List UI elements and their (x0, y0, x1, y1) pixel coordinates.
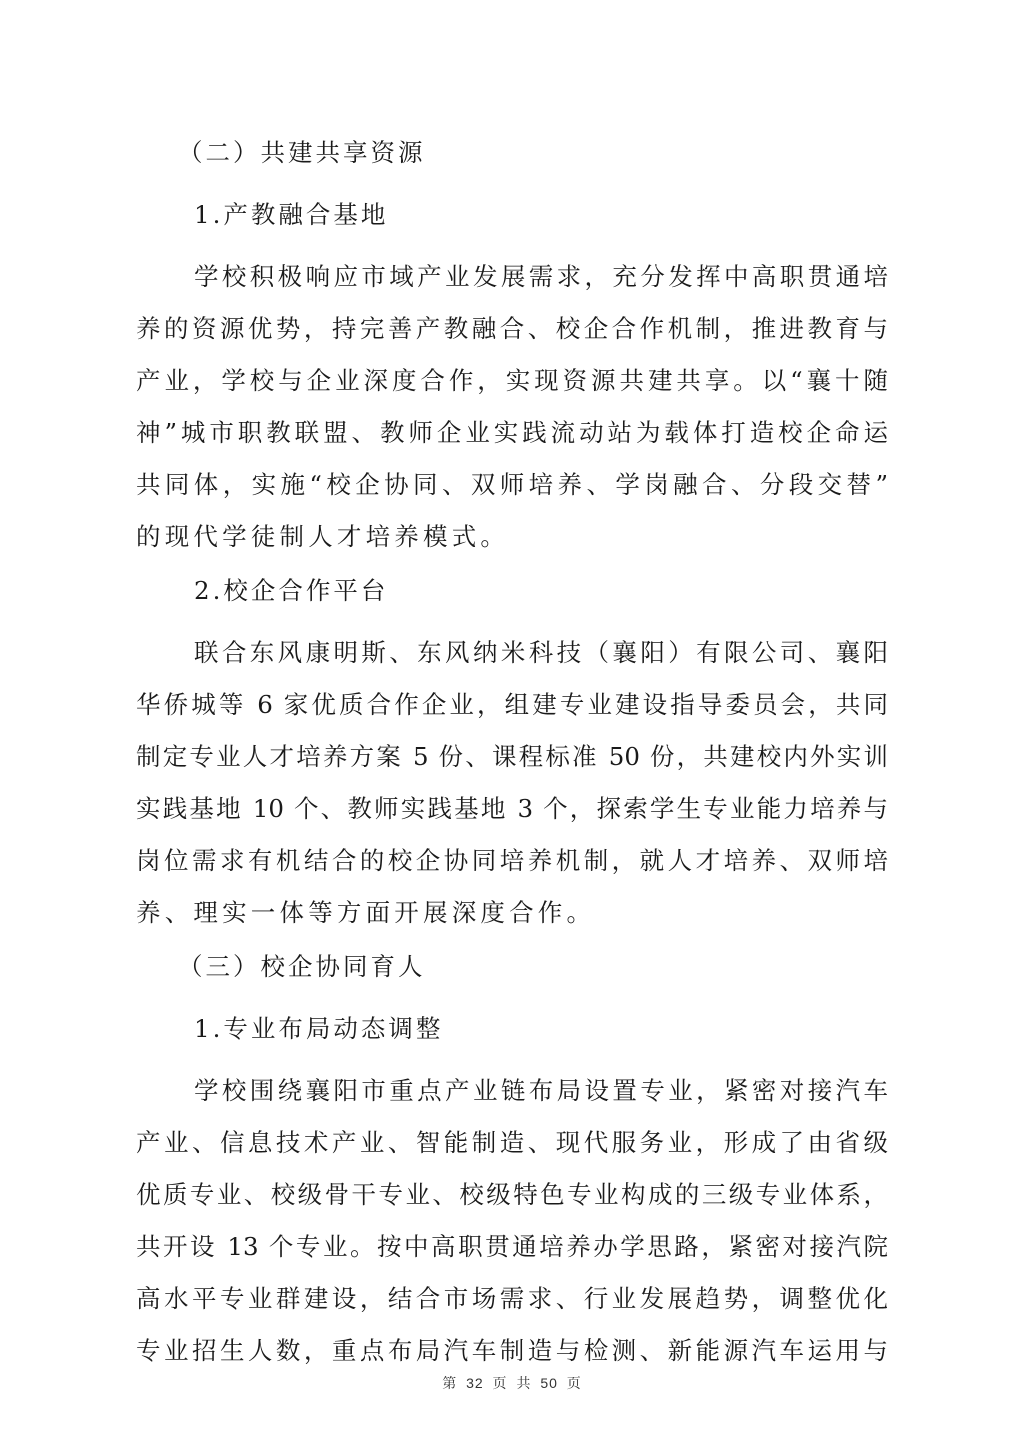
paragraph-line: 养、理实一体等方面开展深度合作。 (136, 896, 888, 930)
paragraph-line: 高水平专业群建设，结合市场需求、行业发展趋势，调整优化 (136, 1282, 888, 1316)
subheading-dynamic-major-adjustment: 1.专业布局动态调整 (194, 1012, 946, 1046)
section-heading-collaborative-education: （三）校企协同育人 (178, 950, 930, 984)
paragraph-line: 岗位需求有机结合的校企协同培养机制，就人才培养、双师培 (136, 844, 888, 878)
paragraph-line: 产业，学校与企业深度合作，实现资源共建共享。以“襄十随 (136, 364, 888, 398)
paragraph-line: 优质专业、校级骨干专业、校级特色专业构成的三级专业体系， (136, 1178, 888, 1212)
subheading-industry-education-base: 1.产教融合基地 (194, 198, 946, 232)
section-heading-shared-resources: （二）共建共享资源 (178, 136, 930, 170)
paragraph-line: 华侨城等 6 家优质合作企业，组建专业建设指导委员会，共同 (136, 688, 888, 722)
paragraph-line: 的现代学徒制人才培养模式。 (136, 520, 888, 554)
paragraph-line: 实践基地 10 个、教师实践基地 3 个，探索学生专业能力培养与 (136, 792, 888, 826)
document-page: （二）共建共享资源 1.产教融合基地 学校积极响应市域产业发展需求，充分发挥中高… (0, 0, 1024, 1448)
page-number-footer: 第 32 页 共 50 页 (0, 1373, 1024, 1393)
paragraph-line: 制定专业人才培养方案 5 份、课程标准 50 份，共建校内外实训 (136, 740, 888, 774)
paragraph-line: 学校围绕襄阳市重点产业链布局设置专业，紧密对接汽车 (194, 1074, 888, 1108)
paragraph-line: 产业、信息技术产业、智能制造、现代服务业，形成了由省级 (136, 1126, 888, 1160)
subheading-school-enterprise-platform: 2.校企合作平台 (194, 574, 946, 608)
paragraph-line: 共开设 13 个专业。按中高职贯通培养办学思路，紧密对接汽院 (136, 1230, 888, 1264)
paragraph-line: 养的资源优势，持完善产教融合、校企合作机制，推进教育与 (136, 312, 888, 346)
paragraph-line: 神”城市职教联盟、教师企业实践流动站为载体打造校企命运 (136, 416, 888, 450)
paragraph-line: 学校积极响应市域产业发展需求，充分发挥中高职贯通培 (194, 260, 888, 294)
paragraph-line: 共同体，实施“校企协同、双师培养、学岗融合、分段交替” (136, 468, 888, 502)
paragraph-line: 联合东风康明斯、东风纳米科技（襄阳）有限公司、襄阳 (194, 636, 888, 670)
paragraph-line: 专业招生人数，重点布局汽车制造与检测、新能源汽车运用与 (136, 1334, 888, 1368)
